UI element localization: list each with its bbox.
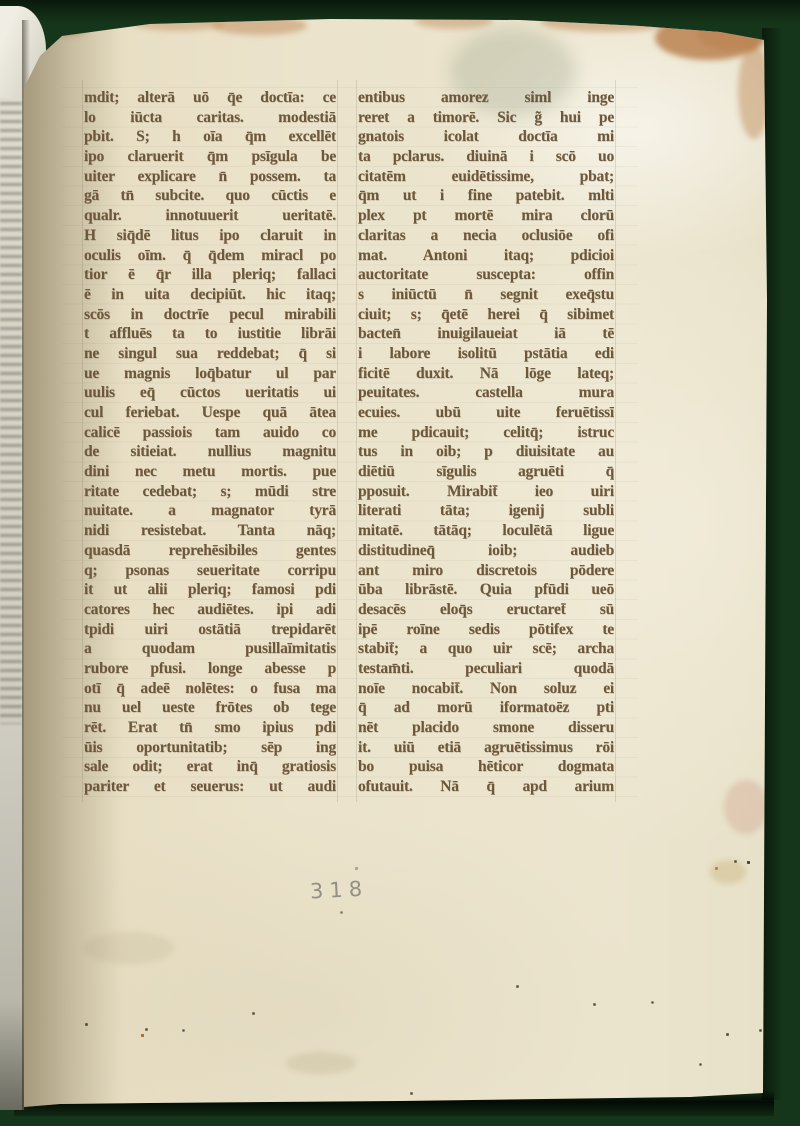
text-line: q̄ ad morū iformatoēz pti	[358, 698, 614, 718]
text-line: mitatē. tātāq; loculētā ligue	[358, 521, 614, 541]
text-line: qualr. innotuuerit ueritatē.	[84, 206, 336, 226]
text-line: ūba librāstē. Quia pfūdi ueō	[358, 580, 614, 600]
text-line: lo iūcta caritas. modestiā	[84, 108, 336, 128]
text-line: calicē passiois tam auido co	[84, 423, 336, 443]
text-line: literati tāta; igenij subli	[358, 501, 614, 521]
text-column-left: mdit; alterā uō q̄e doctīa: celo iūcta c…	[84, 88, 336, 797]
text-line: distitudineq̄ ioib; audieb	[358, 541, 614, 561]
text-line: reret a timorē. Sic g̃ hui pe	[358, 108, 614, 128]
text-line: catores hec audiētes. ipi adi	[84, 600, 336, 620]
text-line: otī q̄ adeē nolētes: o fusa ma	[84, 679, 336, 699]
text-line: it. uiū etiā agruētissimus rōi	[358, 738, 614, 758]
text-line: stabit̄; a quo uir scē; archa	[358, 639, 614, 659]
text-line: entibus amorez siml inge	[358, 88, 614, 108]
text-line: s iniūctū n̄ segnit exeq̄stu	[358, 285, 614, 305]
column-guide-line	[615, 80, 616, 802]
manuscript-page: mdit; alterā uō q̄e doctīa: celo iūcta c…	[0, 0, 800, 1126]
text-line: desacēs eloq̄s eructaret̄ sū	[358, 600, 614, 620]
lower-margin-stain	[84, 932, 174, 964]
text-line: t affluēs ta to iustitie librāi	[84, 324, 336, 344]
text-line: mdit; alterā uō q̄e doctīa: ce	[84, 88, 336, 108]
text-line: ipē roīne sedis pōtifex te	[358, 620, 614, 640]
text-line: q; psonas seueritate corripu	[84, 561, 336, 581]
text-line: a quodam pusillaīmitatis	[84, 639, 336, 659]
text-line: rubore pfusi. longe abesse p	[84, 659, 336, 679]
text-line: me pdicauit; celitq̄; istruc	[358, 423, 614, 443]
text-line: diētiū sīgulis agruēti q̄	[358, 462, 614, 482]
text-line: noīe nocabit̄. Non soluz ei	[358, 679, 614, 699]
text-line: ofutauit. Nā q̄ apd arium	[358, 777, 614, 797]
right-margin-stain	[724, 780, 768, 834]
text-line: nuitate. a magnator tyrā	[84, 501, 336, 521]
photo-backdrop: mdit; alterā uō q̄e doctīa: celo iūcta c…	[0, 0, 800, 1126]
lower-margin-stain	[286, 1052, 356, 1074]
text-line: ūis oportunitatib; sēp ing	[84, 738, 336, 758]
text-line: cul feriebat. Uespe quā ātea	[84, 403, 336, 423]
text-line: tpidi uiri ostātiā trepidarēt	[84, 620, 336, 640]
right-margin-stain	[710, 860, 746, 884]
text-line: dini nec metu mortis. pue	[84, 462, 336, 482]
facing-page-text-blur	[0, 84, 22, 724]
text-line: testam̄ti. peculiari quodā	[358, 659, 614, 679]
text-line: ue magnis loq̄batur ul par	[84, 364, 336, 384]
text-line: rēt. Erat tn̄ smo ipius pdi	[84, 718, 336, 738]
column-guide-line	[356, 80, 357, 802]
text-line: uulis eq̄ cūctos ueritatis ui	[84, 383, 336, 403]
text-line: ant miro discretois pōdere	[358, 561, 614, 581]
text-line: citatēm euidētissime, pbat;	[358, 167, 614, 187]
text-line: ecuies. ubū uite feruētissī	[358, 403, 614, 423]
text-line: peuitates. castella mura	[358, 383, 614, 403]
text-line: sale odit; erat inq̄ gratiosis	[84, 757, 336, 777]
text-column-right: entibus amorez siml ingereret a timorē. …	[358, 88, 614, 797]
text-line: gā tn̄ subcite. quo cūctis e	[84, 186, 336, 206]
text-line: pariter et seuerus: ut audi	[84, 777, 336, 797]
text-line: ē in uita decipiūt. hic itaq;	[84, 285, 336, 305]
text-line: ipo claruerit q̄m psīgula be	[84, 147, 336, 167]
text-line: pposuit. Mirabit̄ ieo uiri	[358, 482, 614, 502]
text-line: uiter explicare n̄ possem. ta	[84, 167, 336, 187]
text-line: nu uel ueste frōtes ob tege	[84, 698, 336, 718]
text-line: q̄m ut i fine patebit. mlti	[358, 186, 614, 206]
text-line: i labore isolitū pstātia edi	[358, 344, 614, 364]
text-line: ritate cedebat; s; mūdi stre	[84, 482, 336, 502]
text-line: mat. Antoni itaq; pdicioi	[358, 246, 614, 266]
text-line: tior ē q̄r illa pleriq; fallaci	[84, 265, 336, 285]
text-line: ne singul sua reddebat; q̄ si	[84, 344, 336, 364]
column-guide-line	[82, 80, 83, 802]
text-line: H siq̄dē litus ipo claruit in	[84, 226, 336, 246]
text-line: ta pclarus. diuinā i scō uo	[358, 147, 614, 167]
page-right-shadow	[762, 28, 788, 1100]
text-line: gnatois icolat doctīa mi	[358, 127, 614, 147]
text-line: plex pt mortē mira clorū	[358, 206, 614, 226]
text-line: quasdā reprehēsibiles gentes	[84, 541, 336, 561]
text-line: auctoritate suscepta: offin	[358, 265, 614, 285]
text-line: ficitē duxit. Nā lōge lateq;	[358, 364, 614, 384]
text-line: bacten̄ inuigilaueiat iā tē	[358, 324, 614, 344]
folio-number-pencil: 318	[309, 876, 368, 903]
text-line: oculis oīm. q̄ q̄dem miracl po	[84, 246, 336, 266]
text-line: tus in oib; p diuisitate au	[358, 442, 614, 462]
text-line: bo puisa hēticor dogmata	[358, 757, 614, 777]
text-line: nēt placido smone disseru	[358, 718, 614, 738]
text-line: pbit. S; h oīa q̄m excellēt	[84, 127, 336, 147]
text-line: claritas a necia oclusiōe ofi	[358, 226, 614, 246]
text-line: nidi resistebat. Tanta nāq;	[84, 521, 336, 541]
text-line: it ut alii pleriq; famosi pdi	[84, 580, 336, 600]
text-line: de sitieiat. nullius magnitu	[84, 442, 336, 462]
text-line: ciuit; s; q̄etē herei q̄ sibimet	[358, 305, 614, 325]
text-line: scōs in doctrīe pecul mirabili	[84, 305, 336, 325]
book-fore-edge	[0, 26, 24, 1110]
column-guide-line	[337, 80, 338, 802]
